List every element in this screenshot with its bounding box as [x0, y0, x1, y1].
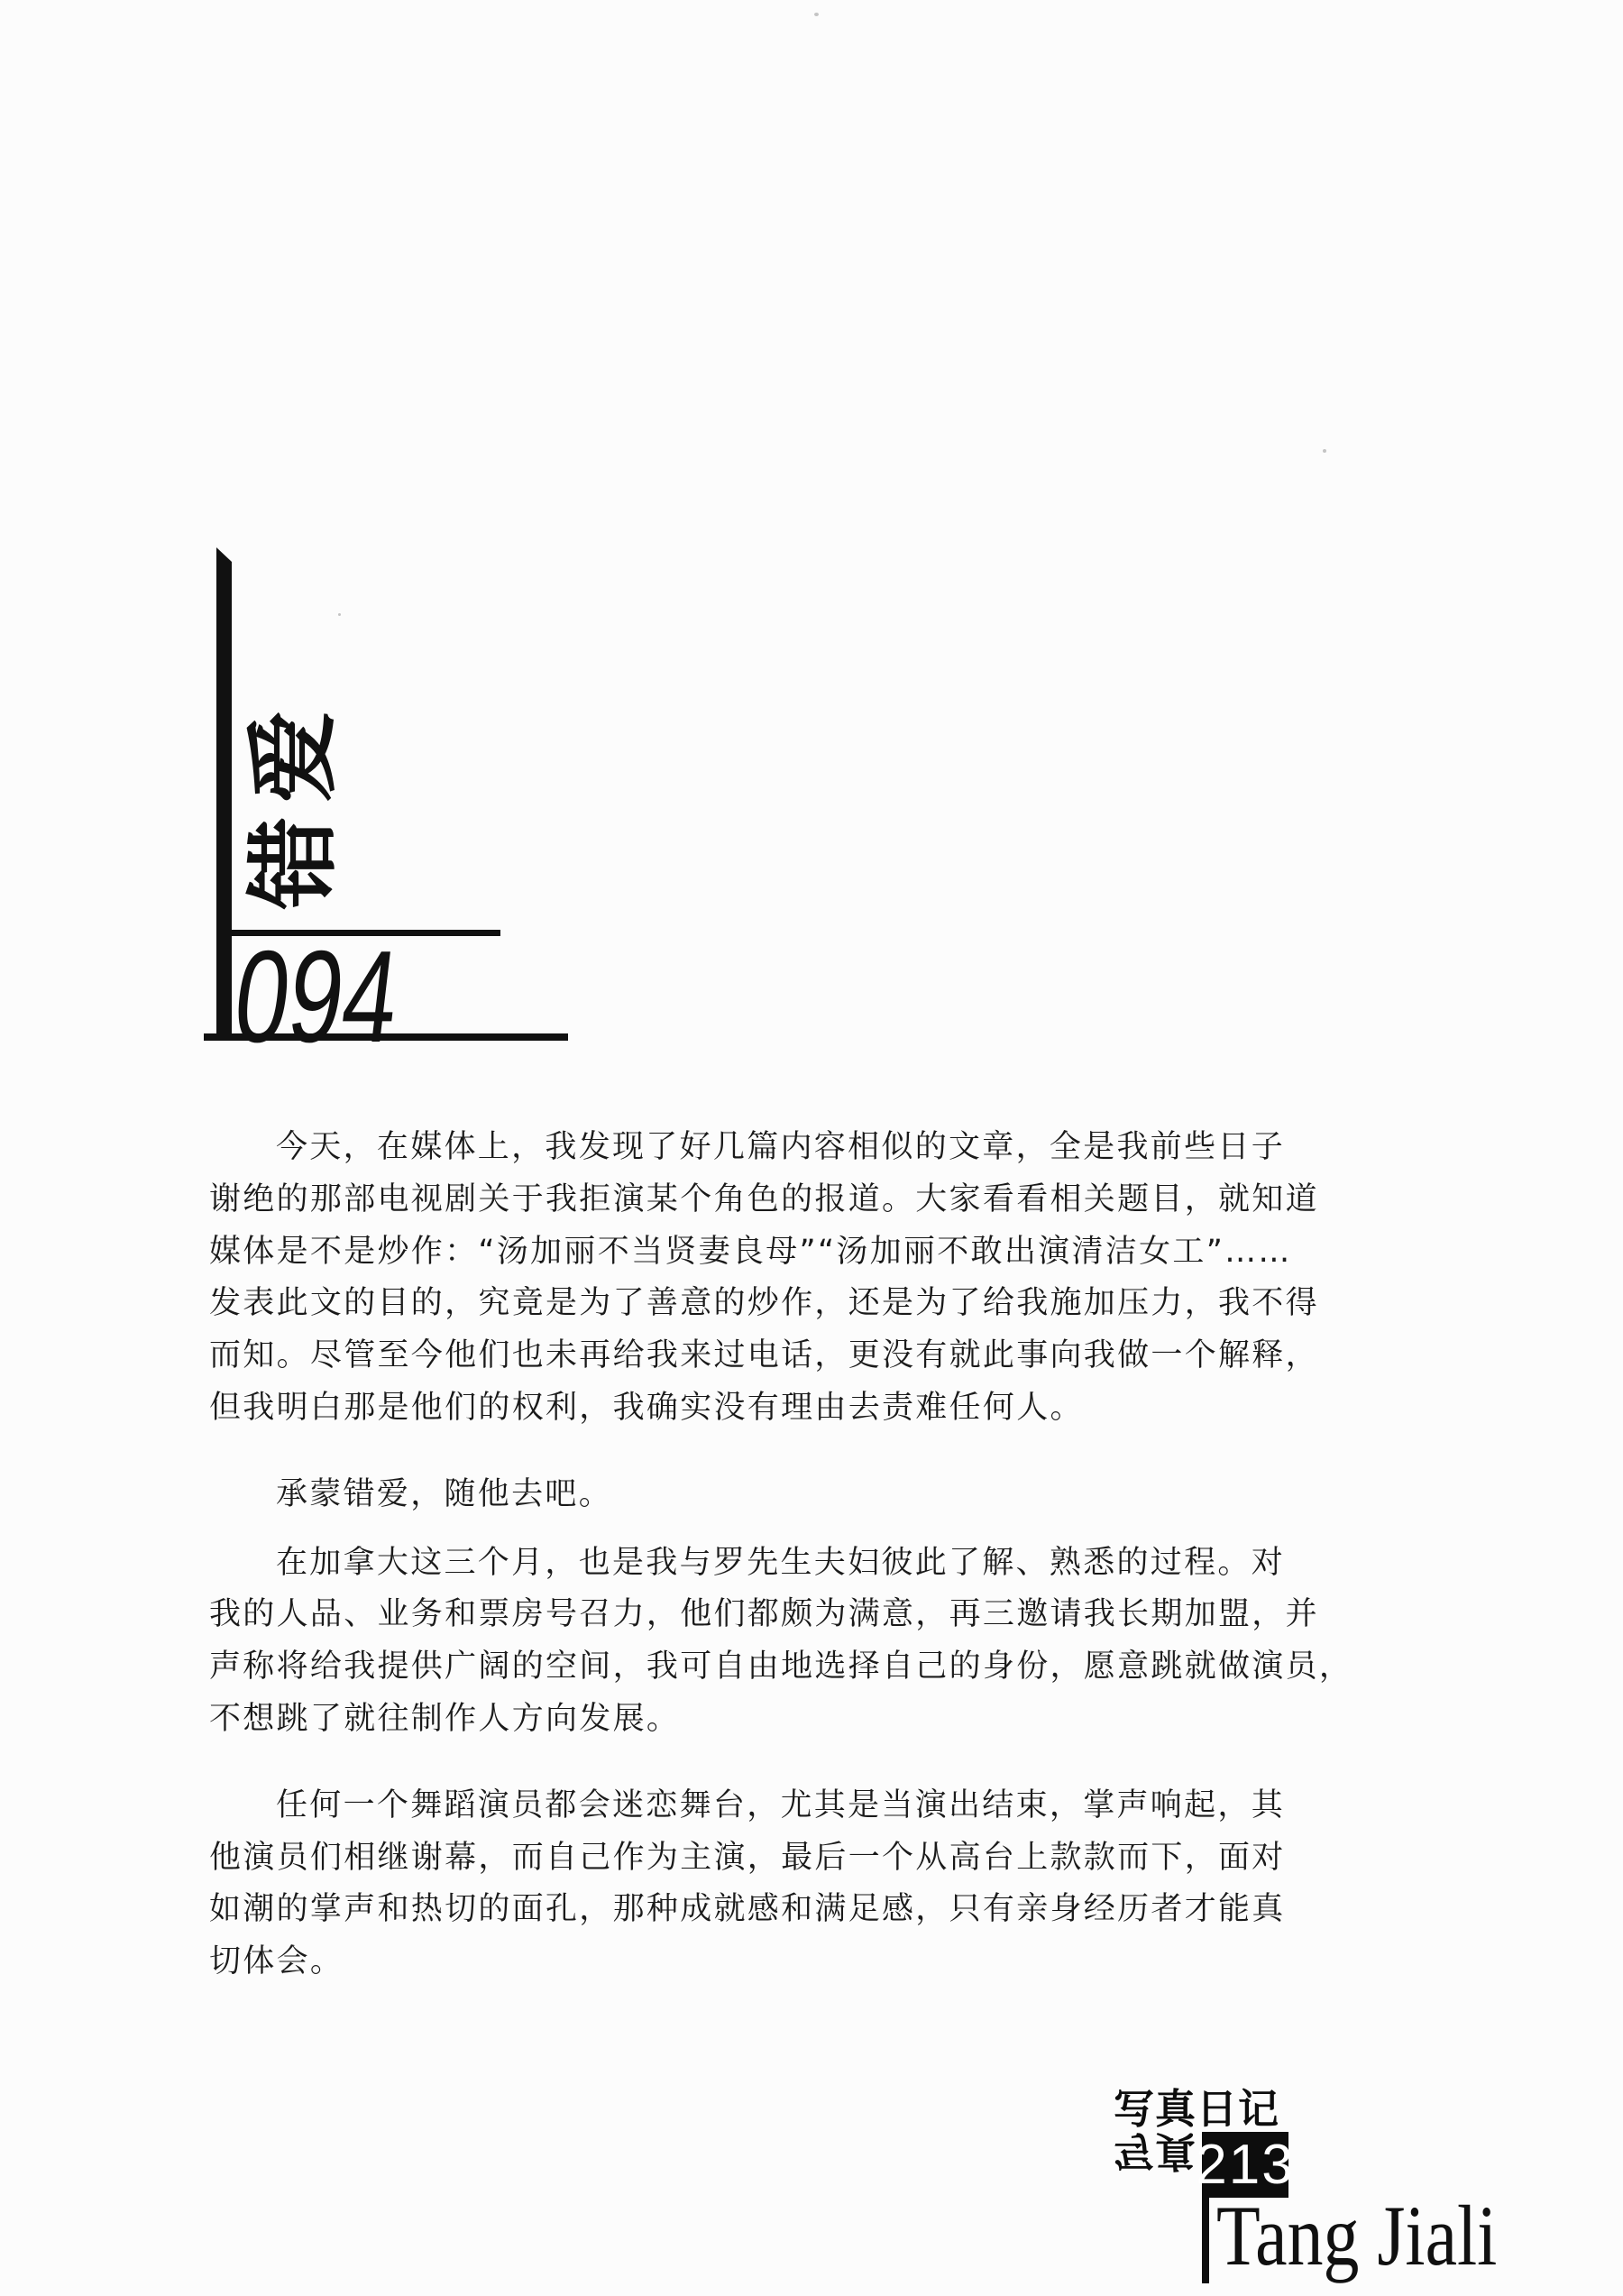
page-number: 213 — [1196, 2137, 1294, 2193]
scan-speck — [1323, 449, 1326, 453]
text-line: 任何一个舞蹈演员都会迷恋舞台，尤其是当演出结束，掌声响起，其 — [209, 1780, 1381, 1832]
text-line: 发表此文的目的，究竟是为了善意的炒作，还是为了给我施加压力，我不得 — [209, 1278, 1381, 1330]
text-line: 切体会。 — [209, 1936, 1381, 1988]
text-line: 谢绝的那部电视剧关于我拒演某个角色的报道。大家看看相关题目，就知道 — [209, 1174, 1381, 1226]
series-logo-text: 写真日记 — [1114, 2089, 1294, 2130]
author-name: Tang Jiali — [1216, 2193, 1497, 2279]
paragraph: 承蒙错爱，随他去吧。 — [209, 1469, 1381, 1521]
text-line: 但我明白那是他们的权利，我确实没有理由去责难任何人。 — [209, 1382, 1381, 1435]
book-page: 错爱 094 今天，在媒体上，我发现了好几篇内容相似的文章，全是我前些日子谢绝的… — [0, 0, 1623, 2296]
scan-speck — [338, 613, 341, 616]
chapter-title-vertical: 错爱 — [239, 699, 349, 906]
rule-below-number — [204, 1033, 568, 1041]
chapter-number: 094 — [228, 932, 405, 1062]
text-line: 今天，在媒体上，我发现了好几篇内容相似的文章，全是我前些日子 — [209, 1122, 1381, 1174]
text-line: 而知。尽管至今他们也未再给我来过电话，更没有就此事向我做一个解释， — [209, 1330, 1381, 1382]
footer-vertical-bar — [1202, 2198, 1209, 2283]
chapter-title: 错爱 — [248, 696, 340, 909]
text-line: 承蒙错爱，随他去吧。 — [209, 1469, 1381, 1521]
text-line: 我的人品、业务和票房号召力，他们都颇为满意，再三邀请我长期加盟，并 — [209, 1589, 1381, 1641]
text-line: 在加拿大这三个月，也是我与罗先生夫妇彼此了解、熟悉的过程。对 — [209, 1538, 1381, 1590]
page-number-badge: 213 — [1202, 2132, 1288, 2198]
paragraph: 今天，在媒体上，我发现了好几篇内容相似的文章，全是我前些日子谢绝的那部电视剧关于… — [209, 1122, 1381, 1435]
corner-vertical-bar — [216, 547, 232, 1041]
text-line: 不想跳了就往制作人方向发展。 — [209, 1694, 1381, 1746]
text-line: 他演员们相继谢幕，而自己作为主演，最后一个从高台上款款而下，面对 — [209, 1832, 1381, 1885]
scan-speck — [814, 13, 819, 16]
text-line: 媒体是不是炒作：“汤加丽不当贤妻良母”“汤加丽不敢出演清洁女工”…… — [209, 1226, 1381, 1279]
text-line: 声称将给我提供广阔的空间，我可自由地选择自己的身份，愿意跳就做演员， — [209, 1641, 1381, 1694]
paragraph: 任何一个舞蹈演员都会迷恋舞台，尤其是当演出结束，掌声响起，其他演员们相继谢幕，而… — [209, 1780, 1381, 1988]
paragraph: 在加拿大这三个月，也是我与罗先生夫妇彼此了解、熟悉的过程。对我的人品、业务和票房… — [209, 1538, 1381, 1746]
body-text: 今天，在媒体上，我发现了好几篇内容相似的文章，全是我前些日子谢绝的那部电视剧关于… — [209, 1122, 1381, 2023]
text-line: 如潮的掌声和热切的面孔，那种成就感和满足感，只有亲身经历者才能真 — [209, 1884, 1381, 1936]
